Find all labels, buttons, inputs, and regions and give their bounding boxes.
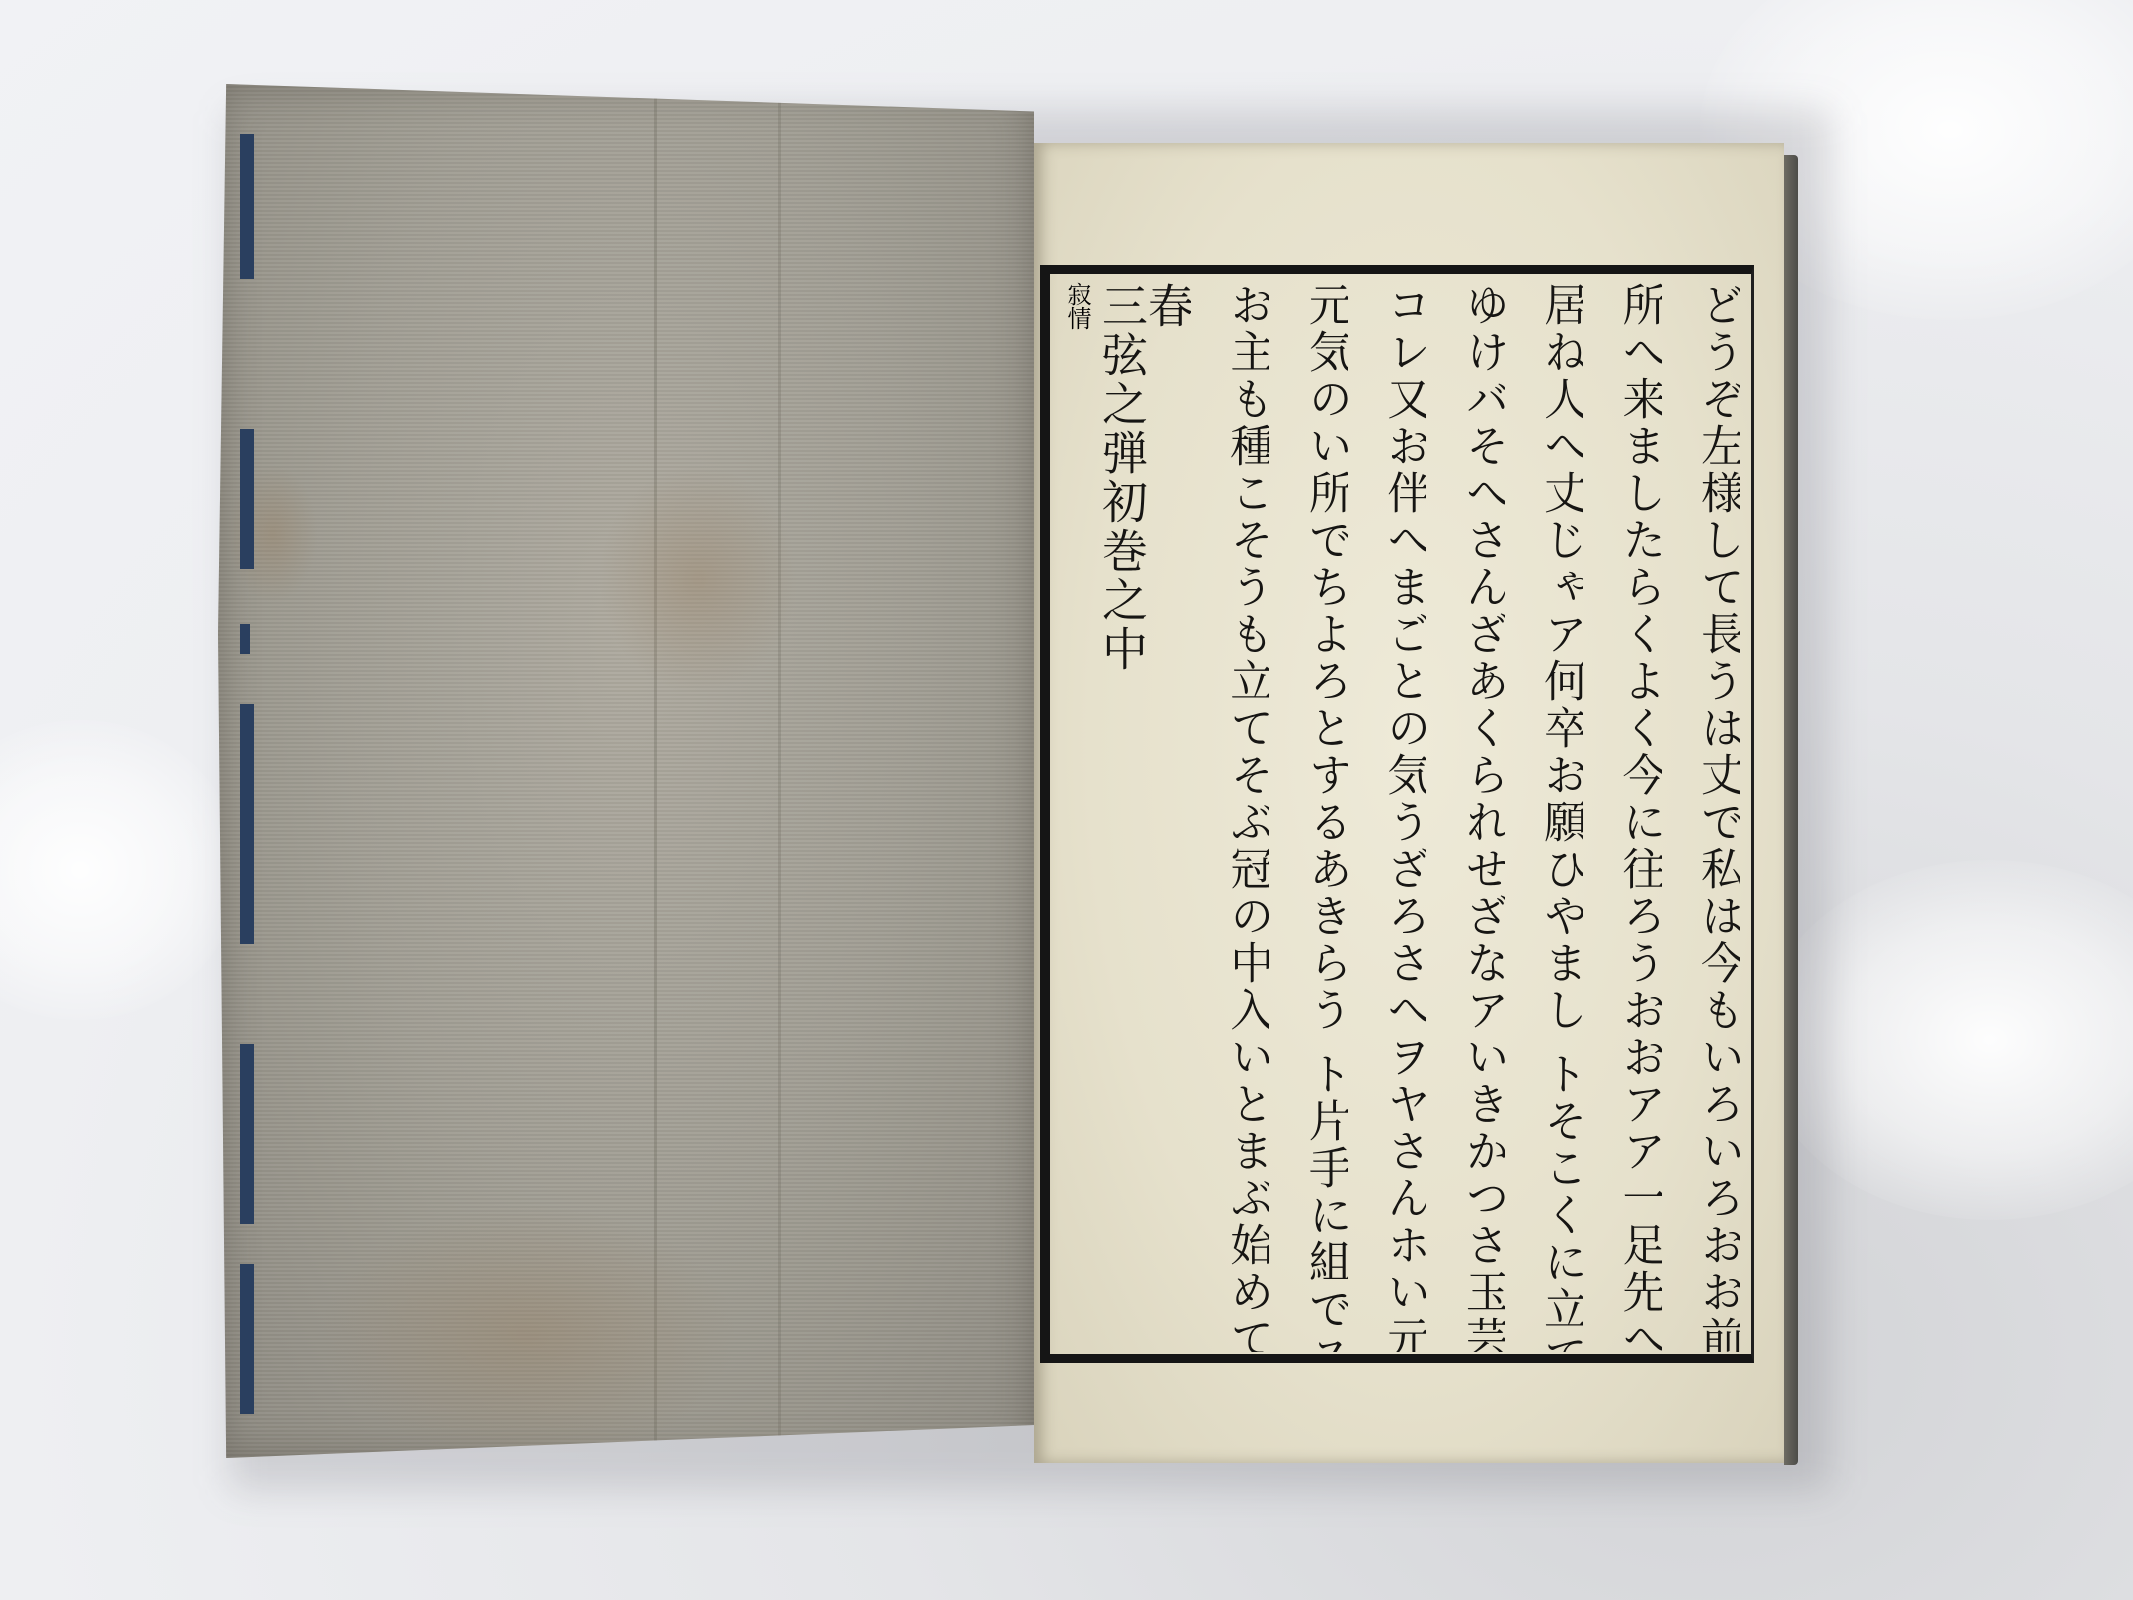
title-label: 寂情 <box>1060 282 1095 330</box>
book-title: 春 三弦之弾初巻之中 <box>1099 282 1191 674</box>
text-column: コレ又お伴へまごとの気うざろさへヲヤさんホい元気で居子へこの <box>1382 282 1426 1352</box>
title-prefix: 春 <box>1145 282 1191 331</box>
text-column: 居ね人へ丈じゃア何卒お願ひやまし トそこくに立て帰り <box>1539 282 1583 1352</box>
binding-thread <box>240 1264 254 1414</box>
binding-thread <box>240 1044 254 1224</box>
binding-thread <box>240 624 250 654</box>
book-cover <box>218 84 1034 1458</box>
title-text: 三弦之弾初巻之中 <box>1099 282 1145 674</box>
text-column: 元気のい所でちよろとするあきらう ト片手に組でスカくへヤ <box>1304 282 1348 1352</box>
binding-thread <box>240 134 254 279</box>
text-columns: どうぞ左様して長うは丈で私は今もいろいろおお前の 所へ来ましたらくよく今に往ろう… <box>1060 282 1740 1352</box>
cover-crease <box>778 84 781 1458</box>
binding-thread <box>240 429 254 569</box>
binding-thread <box>240 704 254 944</box>
cover-stain <box>318 1204 738 1464</box>
text-column: どうぞ左様して長うは丈で私は今もいろいろおお前の <box>1696 282 1740 1352</box>
page-block-edge <box>1784 155 1798 1465</box>
cover-stain <box>598 464 798 694</box>
text-column: ゆけバそへさんざあくられせざなアいきかつさ玉芸へ腰ね入ん <box>1461 282 1505 1352</box>
text-column: お主も種こそうも立てそぶ冠の中入いとまぶ始めてご <box>1225 282 1269 1352</box>
title-block: 春 三弦之弾初巻之中 寂情 <box>1060 282 1191 1352</box>
light-glare <box>0 720 240 1020</box>
text-column: 所へ来ましたらくよく今に往ろうおおアア一足先へ往て <box>1618 282 1662 1352</box>
